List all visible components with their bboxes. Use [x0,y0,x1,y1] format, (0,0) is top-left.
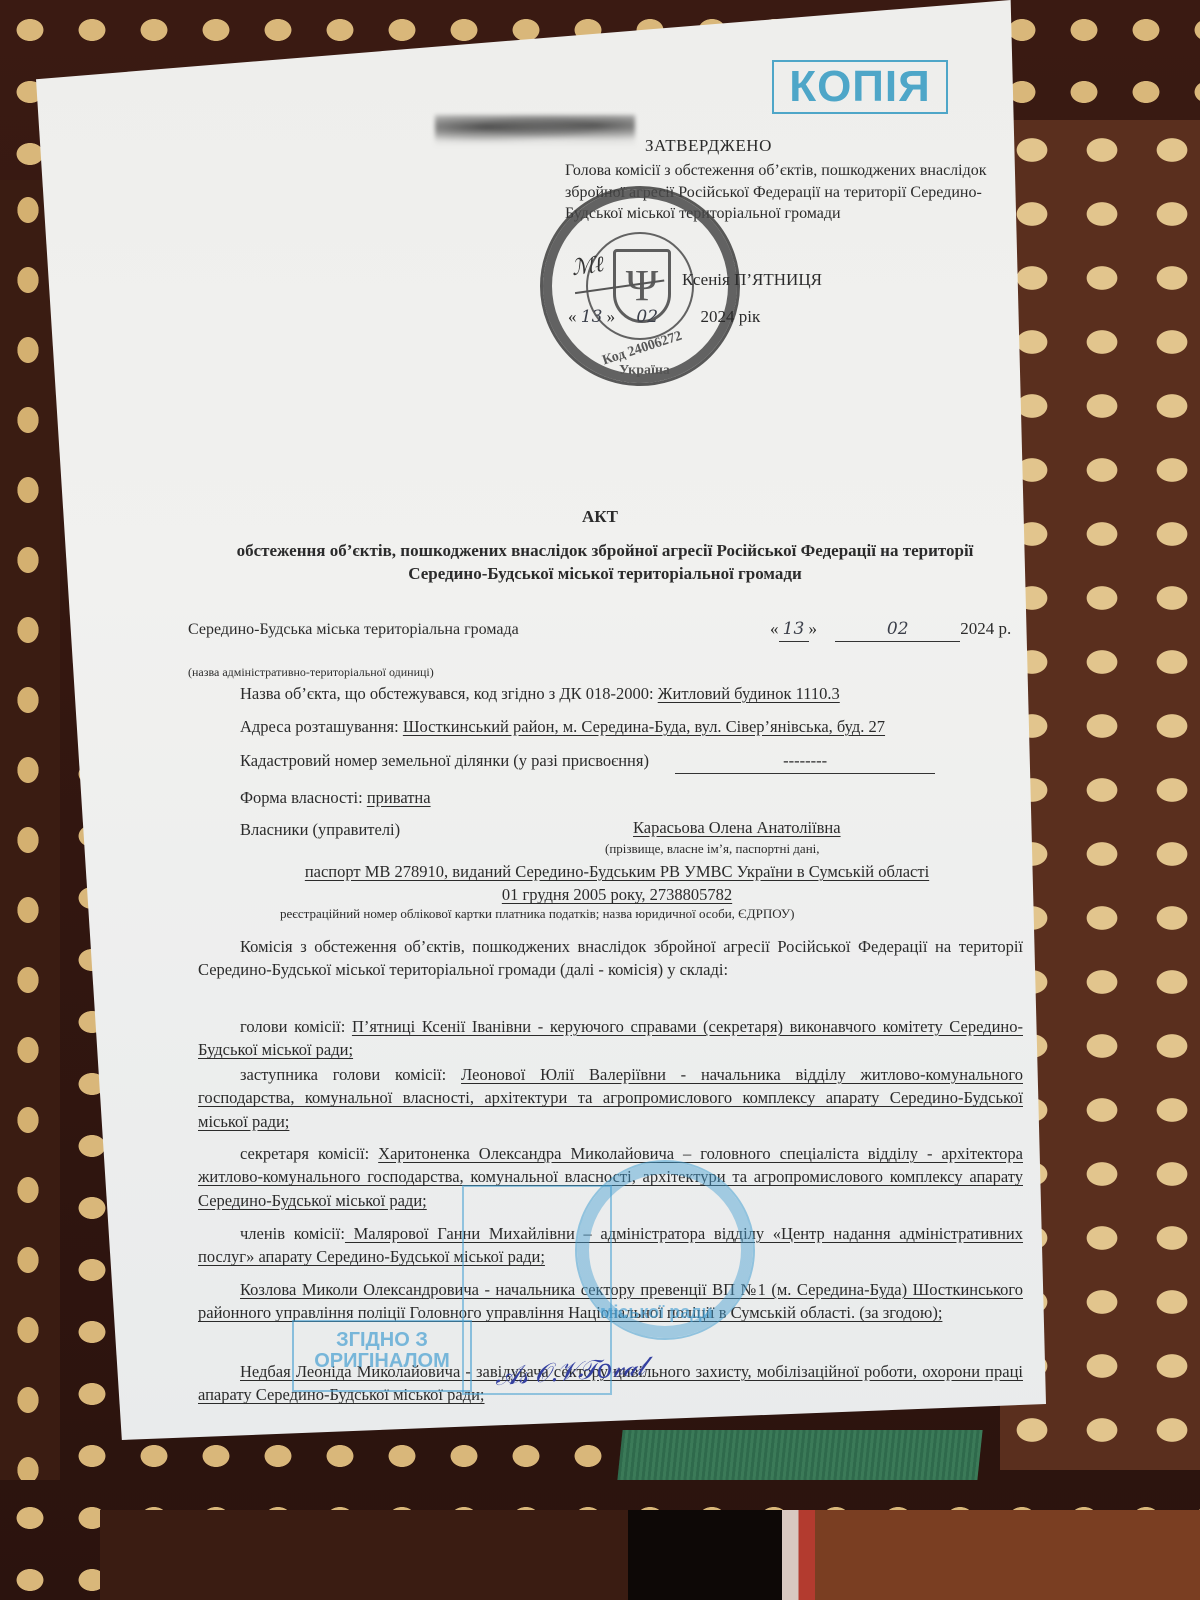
community-name: Середино-Будська міська територіальна гр… [188,617,528,643]
address-label: Адреса розташування: [240,717,399,736]
commission-intro: Комісія з обстеження об’єктів, пошкоджен… [198,935,1023,982]
community-hint: (назва адміністративно-територіальної од… [188,664,434,681]
ownership-row: Форма власності: приватна [240,787,431,810]
act-month: 02 [835,618,960,642]
address-value: Шосткинський район, м. Середина-Буда, ву… [403,717,885,736]
owners-row: Власники (управителі) [240,819,400,842]
approver-name: Ксенія П’ЯТНИЦЯ [682,268,822,291]
date-quote-open: « [568,307,577,326]
approval-year: 2024 рік [701,307,761,326]
ownership-value: приватна [367,788,431,807]
document-content: КОПІЯ ЗАТВЕРДЖЕНО Голова комісії з обсте… [0,0,1200,1600]
act-day: 13 [779,618,809,642]
owner-passport: паспорт МВ 278910, виданий Середино-Будс… [232,860,1002,906]
address-row: Адреса розташування: Шосткинський район,… [240,716,885,739]
approval-date: « 13 » 02 2024 рік [568,305,760,329]
commission-member: заступника голови комісії: Леонової Юлії… [198,1063,1023,1133]
object-row: Назва об’єкта, що обстежувався, код згід… [240,683,840,706]
seal-country: Україна [619,361,670,380]
member-role: членів комісії: [240,1224,345,1243]
commission-member: голови комісії: П’ятниці Ксенії Іванівни… [198,1015,1023,1062]
redacted-header [435,115,635,145]
copy-stamp: КОПІЯ [772,60,948,114]
owner-name-text: Карасьова Олена Анатоліївна [633,818,841,837]
ownership-label: Форма власності: [240,788,363,807]
act-year: 2024 р. [960,619,1011,638]
member-role: голови комісії: [240,1017,345,1036]
date-quote-close: » [607,307,616,326]
passport-line-2: 01 грудня 2005 року, 2738805782 [502,885,732,904]
passport-line-1: паспорт МВ 278910, виданий Середино-Будс… [305,862,929,881]
owners-label: Власники (управителі) [240,820,400,839]
blue-round-stamp-text: міської ради [600,1300,713,1325]
approval-title: ЗАТВЕРДЖЕНО [645,134,772,157]
object-label: Назва об’єкта, що обстежувався, код згід… [240,684,654,703]
owner-name: Карасьова Олена Анатоліївна [633,817,841,840]
certified-copy-stamp: ЗГІДНО З ОРИГІНАЛОМ [292,1320,472,1392]
act-title: АКТ [0,505,1200,528]
member-role: секретаря комісії: [240,1144,369,1163]
act-subtitle: обстеження об’єктів, пошкоджених внаслід… [200,540,1010,586]
cadastral-label: Кадастровий номер земельної ділянки (у р… [240,751,649,770]
commission-intro-text: Комісія з обстеження об’єктів, пошкоджен… [198,937,1023,979]
cadastral-value: -------- [675,750,935,774]
cadastral-row: Кадастровий номер земельної ділянки (у р… [240,750,935,774]
approval-day: 13 [581,307,603,327]
tax-hint: реєстраційний номер облікової картки пла… [280,905,794,923]
member-role: заступника голови комісії: [240,1065,446,1084]
object-value: Житловий будинок 1110.3 [658,684,840,703]
owner-hint: (прізвище, власне ім’я, паспортні дані, [605,840,820,858]
act-date: «13» 022024 р. [770,617,1011,642]
approval-month: 02 [636,307,658,327]
